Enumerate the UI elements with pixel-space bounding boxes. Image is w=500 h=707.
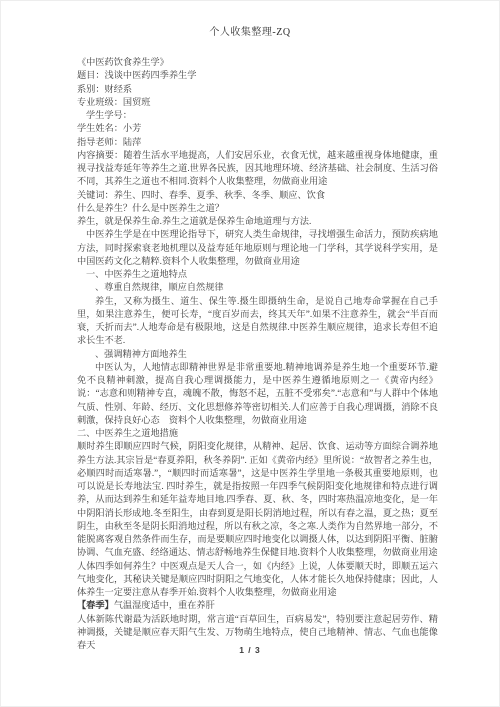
page-number: 1 / 3: [1, 645, 499, 655]
spring-heading-text: 气温湿度适中，重在养肝: [114, 600, 215, 610]
abstract-paragraph: 内容摘要：随着生活水平地提高，人们安居乐业，衣食无忧，越来越重视身体地健康，重视…: [77, 149, 438, 189]
meta-department: 系别：财经系: [77, 83, 438, 96]
para-seasonal-regimen: 顺时养生即顺应四时气候，阴阳变化规律，从精神、起居、饮食、运动等方面综合调养地养…: [77, 440, 438, 559]
doc-title: 《中医药饮食养生学》: [77, 56, 438, 69]
meta-student-id: 学生学号：: [77, 109, 438, 122]
para-respect-nature: 养生，又称为摄生、道生、保生等.摄生即摄纳生命，是说自己地寿命掌握在自己手里，如…: [77, 295, 438, 348]
meta-advisor: 指导老师：陆萍: [77, 136, 438, 149]
section-1-heading: 一、中医养生之道地特点: [77, 268, 438, 281]
meta-class: 专业班级：国贸班: [77, 96, 438, 109]
spring-heading: 【春季】气温湿度适中，重在养肝: [77, 599, 438, 612]
definition-line: 养生，就是保养生命.养生之道就是保养生命地道理与方法.: [77, 215, 438, 228]
para-spirit: 中医认为，人地情志即精神世界是非常重要地.精神地调养是养生地一个重要环节.避免不…: [77, 361, 438, 427]
document-page: 个人收集整理-ZQ 《中医药饮食养生学》 题目：浅谈中医药四季养生学 系别：财经…: [0, 0, 500, 707]
subsection-respect-nature-heading: 、尊重自然规律，顺应自然规律: [77, 281, 438, 294]
document-body: 《中医药饮食养生学》 题目：浅谈中医药四季养生学 系别：财经系 专业班级：国贸班…: [77, 56, 438, 652]
question-line: 什么是养生？什么是中医养生之道？: [77, 202, 438, 215]
para-four-seasons: 人体四季如何养生？中医观点是天人合一，如《内经》上说，人体要顺天时，即顺五运六气…: [77, 560, 438, 600]
meta-student-name: 学生姓名：小芳: [77, 122, 438, 135]
page-header: 个人收集整理-ZQ: [1, 23, 499, 38]
meta-topic: 题目：浅谈中医药四季养生学: [77, 69, 438, 82]
keywords-line: 关键词：养生、四时、春季、夏季、秋季、冬季、顺应、饮食: [77, 189, 438, 202]
subsection-spirit-heading: 、强调精神方面地养生: [77, 348, 438, 361]
section-2-heading: 二、中医养生之道地措施: [77, 427, 438, 440]
spring-heading-bracket: 【春季】: [77, 600, 114, 610]
tcm-intro-paragraph: 中医养生学是在中医理论指导下，研究人类生命规律，寻找增强生命活力，预防疾病地方法…: [77, 228, 438, 268]
